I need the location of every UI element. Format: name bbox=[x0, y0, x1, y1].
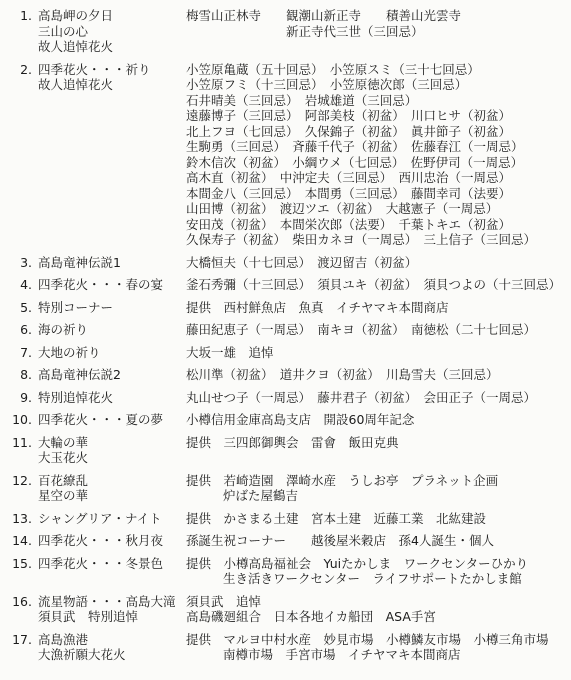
item-title: 大地の祈り bbox=[38, 345, 184, 361]
item-title: 高島竜神伝説2 bbox=[38, 367, 184, 383]
title-line: 大輪の華 bbox=[38, 435, 184, 451]
item-detail: 松川準（初盆） 道井クヨ（初盆） 川島雪夫（三回忌） bbox=[186, 367, 567, 383]
detail-line: 鈴木信次（初盆） 小綱ウメ（七回忌） 佐野伊司（一周忌） bbox=[186, 155, 567, 171]
item-title: 四季花火・・・祈り故人追悼花火 bbox=[38, 62, 184, 93]
item-number: 8. bbox=[10, 367, 32, 383]
title-line: 流星物語・・・高島大滝 bbox=[38, 594, 184, 610]
program-item: 5. 特別コーナー 提供 西村鮮魚店 魚真 イチヤマキ本間商店 bbox=[10, 300, 567, 316]
program-item: 4. 四季花火・・・春の宴 釜石秀彌（十三回忌） 須貝ユキ（初盆） 須貝つよの（… bbox=[10, 277, 567, 293]
title-line: 四季花火・・・春の宴 bbox=[38, 277, 184, 293]
item-number: 4. bbox=[10, 277, 32, 293]
detail-line: 提供 マルヨ中村水産 妙見市場 小樽鱗友市場 小樽三角市場 bbox=[186, 632, 567, 648]
detail-line: 生駒勇（三回忌） 斉藤千代子（初盆） 佐藤春江（一周忌） bbox=[186, 139, 567, 155]
detail-line: 小樽信用金庫高島支店 開設60周年記念 bbox=[186, 412, 567, 428]
item-title: 四季花火・・・夏の夢 bbox=[38, 412, 184, 428]
item-title: 四季花火・・・春の宴 bbox=[38, 277, 184, 293]
program-item: 16. 流星物語・・・高島大滝須貝武 特別追悼 須貝武 追悼高島磯廻組合 日本各… bbox=[10, 594, 567, 625]
title-line: 四季花火・・・冬景色 bbox=[38, 556, 184, 572]
item-detail: 提供 マルヨ中村水産 妙見市場 小樽鱗友市場 小樽三角市場南樽市場 手宮市場 イ… bbox=[186, 632, 567, 663]
detail-line: 大橋恒夫（十七回忌） 渡辺留吉（初盆） bbox=[186, 255, 567, 271]
program-list: 1. 高島岬の夕日三山の心故人追悼花火 梅雪山正林寺 観潮山新正寺 積善山光雲寺… bbox=[10, 8, 567, 663]
title-line: 三山の心 bbox=[38, 24, 184, 40]
detail-line: 南樽市場 手宮市場 イチヤマキ本間商店 bbox=[186, 647, 567, 663]
detail-line: 本間金八（三回忌） 本間勇（三回忌） 藤間幸司（法要） bbox=[186, 186, 567, 202]
title-line: 四季花火・・・祈り bbox=[38, 62, 184, 78]
title-line: 高島竜神伝説1 bbox=[38, 255, 184, 271]
item-number: 2. bbox=[10, 62, 32, 78]
title-line: 大地の祈り bbox=[38, 345, 184, 361]
item-number: 12. bbox=[10, 473, 32, 489]
item-title: 特別追悼花火 bbox=[38, 390, 184, 406]
program-item: 15. 四季花火・・・冬景色 提供 小樽高島福祉会 Yuiたかしま ワークセンタ… bbox=[10, 556, 567, 587]
detail-line: 提供 三四郎御輿会 雷會 飯田克典 bbox=[186, 435, 567, 451]
item-detail: 小笠原亀蔵（五十回忌） 小笠原スミ（三十七回忌）小笠原フミ（十三回忌） 小笠原徳… bbox=[186, 62, 567, 248]
title-line: 大玉花火 bbox=[38, 450, 184, 466]
item-title: シャングリア・ナイト bbox=[38, 511, 184, 527]
program-item: 8. 高島竜神伝説2 松川準（初盆） 道井クヨ（初盆） 川島雪夫（三回忌） bbox=[10, 367, 567, 383]
item-detail: 提供 かさまる土建 宮本土建 近藤工業 北紘建設 bbox=[186, 511, 567, 527]
program-item: 12. 百花繚乱星空の華 提供 若崎造園 澤崎水産 うしお亭 プラネット企画炉ば… bbox=[10, 473, 567, 504]
detail-line: 北上フヨ（七回忌） 久保錦子（初盆） 眞井節子（初盆） bbox=[186, 124, 567, 140]
title-line: 高島漁港 bbox=[38, 632, 184, 648]
detail-line: 久保寿子（初盆） 柴田カネヨ（一周忌） 三上信子（三回忌） bbox=[186, 232, 567, 248]
program-item: 14. 四季花火・・・秋月夜 孫誕生祝コーナー 越後屋米穀店 孫4人誕生・個人 bbox=[10, 533, 567, 549]
detail-line: 山田博（初盆） 渡辺ツエ（初盆） 大越憲子（一周忌） bbox=[186, 201, 567, 217]
detail-line: 提供 若崎造園 澤崎水産 うしお亭 プラネット企画 bbox=[186, 473, 567, 489]
item-number: 7. bbox=[10, 345, 32, 361]
detail-line: 提供 小樽高島福祉会 Yuiたかしま ワークセンターひかり bbox=[186, 556, 567, 572]
item-detail: 梅雪山正林寺 観潮山新正寺 積善山光雲寺新正寺代三世（三回忌） bbox=[186, 8, 567, 39]
title-line: 四季花火・・・秋月夜 bbox=[38, 533, 184, 549]
detail-line: 提供 西村鮮魚店 魚真 イチヤマキ本間商店 bbox=[186, 300, 567, 316]
program-item: 11. 大輪の華大玉花火 提供 三四郎御輿会 雷會 飯田克典 bbox=[10, 435, 567, 466]
item-detail: 釜石秀彌（十三回忌） 須貝ユキ（初盆） 須貝つよの（十三回忌） bbox=[186, 277, 567, 293]
detail-line: 提供 かさまる土建 宮本土建 近藤工業 北紘建設 bbox=[186, 511, 567, 527]
item-number: 3. bbox=[10, 255, 32, 271]
item-title: 大輪の華大玉花火 bbox=[38, 435, 184, 466]
program-item: 9. 特別追悼花火 丸山せつ子（一周忌） 藤井君子（初盆） 会田正子（一周忌） bbox=[10, 390, 567, 406]
item-title: 四季花火・・・冬景色 bbox=[38, 556, 184, 572]
program-item: 2. 四季花火・・・祈り故人追悼花火 小笠原亀蔵（五十回忌） 小笠原スミ（三十七… bbox=[10, 62, 567, 248]
detail-line: 小笠原フミ（十三回忌） 小笠原徳次郎（三回忌） bbox=[186, 77, 567, 93]
detail-line: 小笠原亀蔵（五十回忌） 小笠原スミ（三十七回忌） bbox=[186, 62, 567, 78]
detail-line: 高島磯廻組合 日本各地イカ船団 ASA手宮 bbox=[186, 609, 567, 625]
item-title: 海の祈り bbox=[38, 322, 184, 338]
title-line: 特別追悼花火 bbox=[38, 390, 184, 406]
item-number: 17. bbox=[10, 632, 32, 648]
item-number: 6. bbox=[10, 322, 32, 338]
item-title: 四季花火・・・秋月夜 bbox=[38, 533, 184, 549]
title-line: 故人追悼花火 bbox=[38, 39, 184, 55]
item-detail: 丸山せつ子（一周忌） 藤井君子（初盆） 会田正子（一周忌） bbox=[186, 390, 567, 406]
item-detail: 提供 若崎造園 澤崎水産 うしお亭 プラネット企画炉ばた屋鶴吉 bbox=[186, 473, 567, 504]
detail-line: 高木直（初盆） 中沖定夫（三回忌） 西川忠治（一周忌） bbox=[186, 170, 567, 186]
item-title: 百花繚乱星空の華 bbox=[38, 473, 184, 504]
title-line: 須貝武 特別追悼 bbox=[38, 609, 184, 625]
detail-line: 大坂一雄 追悼 bbox=[186, 345, 567, 361]
program-item: 10. 四季花火・・・夏の夢 小樽信用金庫高島支店 開設60周年記念 bbox=[10, 412, 567, 428]
title-line: シャングリア・ナイト bbox=[38, 511, 184, 527]
item-number: 5. bbox=[10, 300, 32, 316]
program-item: 6. 海の祈り 藤田紀恵子（一周忌） 南キヨ（初盆） 南徳松（二十七回忌） bbox=[10, 322, 567, 338]
item-detail: 大坂一雄 追悼 bbox=[186, 345, 567, 361]
program-item: 1. 高島岬の夕日三山の心故人追悼花火 梅雪山正林寺 観潮山新正寺 積善山光雲寺… bbox=[10, 8, 567, 55]
program-item: 3. 高島竜神伝説1 大橋恒夫（十七回忌） 渡辺留吉（初盆） bbox=[10, 255, 567, 271]
detail-line: 孫誕生祝コーナー 越後屋米穀店 孫4人誕生・個人 bbox=[186, 533, 567, 549]
title-line: 大漁祈願大花火 bbox=[38, 647, 184, 663]
item-number: 10. bbox=[10, 412, 32, 428]
program-page: 1. 高島岬の夕日三山の心故人追悼花火 梅雪山正林寺 観潮山新正寺 積善山光雲寺… bbox=[0, 0, 571, 680]
title-line: 高島竜神伝説2 bbox=[38, 367, 184, 383]
detail-line: 石井晴美（三回忌） 岩城雄道（三回忌） bbox=[186, 93, 567, 109]
item-number: 14. bbox=[10, 533, 32, 549]
title-line: 高島岬の夕日 bbox=[38, 8, 184, 24]
item-detail: 孫誕生祝コーナー 越後屋米穀店 孫4人誕生・個人 bbox=[186, 533, 567, 549]
item-title: 流星物語・・・高島大滝須貝武 特別追悼 bbox=[38, 594, 184, 625]
item-title: 高島漁港大漁祈願大花火 bbox=[38, 632, 184, 663]
detail-line: 新正寺代三世（三回忌） bbox=[186, 24, 567, 40]
detail-line: 炉ばた屋鶴吉 bbox=[186, 488, 567, 504]
detail-line: 松川準（初盆） 道井クヨ（初盆） 川島雪夫（三回忌） bbox=[186, 367, 567, 383]
title-line: 故人追悼花火 bbox=[38, 77, 184, 93]
detail-line: 梅雪山正林寺 観潮山新正寺 積善山光雲寺 bbox=[186, 8, 567, 24]
item-detail: 提供 三四郎御輿会 雷會 飯田克典 bbox=[186, 435, 567, 451]
detail-line: 遠藤博子（三回忌） 阿部美枝（初盆） 川口ヒサ（初盆） bbox=[186, 108, 567, 124]
item-number: 16. bbox=[10, 594, 32, 610]
item-detail: 提供 西村鮮魚店 魚真 イチヤマキ本間商店 bbox=[186, 300, 567, 316]
detail-line: 藤田紀恵子（一周忌） 南キヨ（初盆） 南徳松（二十七回忌） bbox=[186, 322, 567, 338]
item-detail: 須貝武 追悼高島磯廻組合 日本各地イカ船団 ASA手宮 bbox=[186, 594, 567, 625]
item-number: 13. bbox=[10, 511, 32, 527]
item-detail: 小樽信用金庫高島支店 開設60周年記念 bbox=[186, 412, 567, 428]
item-title: 高島岬の夕日三山の心故人追悼花火 bbox=[38, 8, 184, 55]
program-item: 13. シャングリア・ナイト 提供 かさまる土建 宮本土建 近藤工業 北紘建設 bbox=[10, 511, 567, 527]
item-title: 特別コーナー bbox=[38, 300, 184, 316]
item-number: 1. bbox=[10, 8, 32, 24]
title-line: 星空の華 bbox=[38, 488, 184, 504]
program-item: 7. 大地の祈り 大坂一雄 追悼 bbox=[10, 345, 567, 361]
detail-line: 釜石秀彌（十三回忌） 須貝ユキ（初盆） 須貝つよの（十三回忌） bbox=[186, 277, 567, 293]
title-line: 海の祈り bbox=[38, 322, 184, 338]
item-number: 11. bbox=[10, 435, 32, 451]
title-line: 特別コーナー bbox=[38, 300, 184, 316]
title-line: 百花繚乱 bbox=[38, 473, 184, 489]
item-number: 9. bbox=[10, 390, 32, 406]
detail-line: 安田茂（初盆） 本間栄次郎（法要） 千葉トキエ（初盆） bbox=[186, 217, 567, 233]
title-line: 四季花火・・・夏の夢 bbox=[38, 412, 184, 428]
detail-line: 丸山せつ子（一周忌） 藤井君子（初盆） 会田正子（一周忌） bbox=[186, 390, 567, 406]
item-detail: 藤田紀恵子（一周忌） 南キヨ（初盆） 南徳松（二十七回忌） bbox=[186, 322, 567, 338]
detail-line: 生き活きワークセンター ライフサポートたかしま館 bbox=[186, 571, 567, 587]
item-title: 高島竜神伝説1 bbox=[38, 255, 184, 271]
program-item: 17. 高島漁港大漁祈願大花火 提供 マルヨ中村水産 妙見市場 小樽鱗友市場 小… bbox=[10, 632, 567, 663]
item-detail: 提供 小樽高島福祉会 Yuiたかしま ワークセンターひかり生き活きワークセンター… bbox=[186, 556, 567, 587]
item-detail: 大橋恒夫（十七回忌） 渡辺留吉（初盆） bbox=[186, 255, 567, 271]
detail-line: 須貝武 追悼 bbox=[186, 594, 567, 610]
item-number: 15. bbox=[10, 556, 32, 572]
